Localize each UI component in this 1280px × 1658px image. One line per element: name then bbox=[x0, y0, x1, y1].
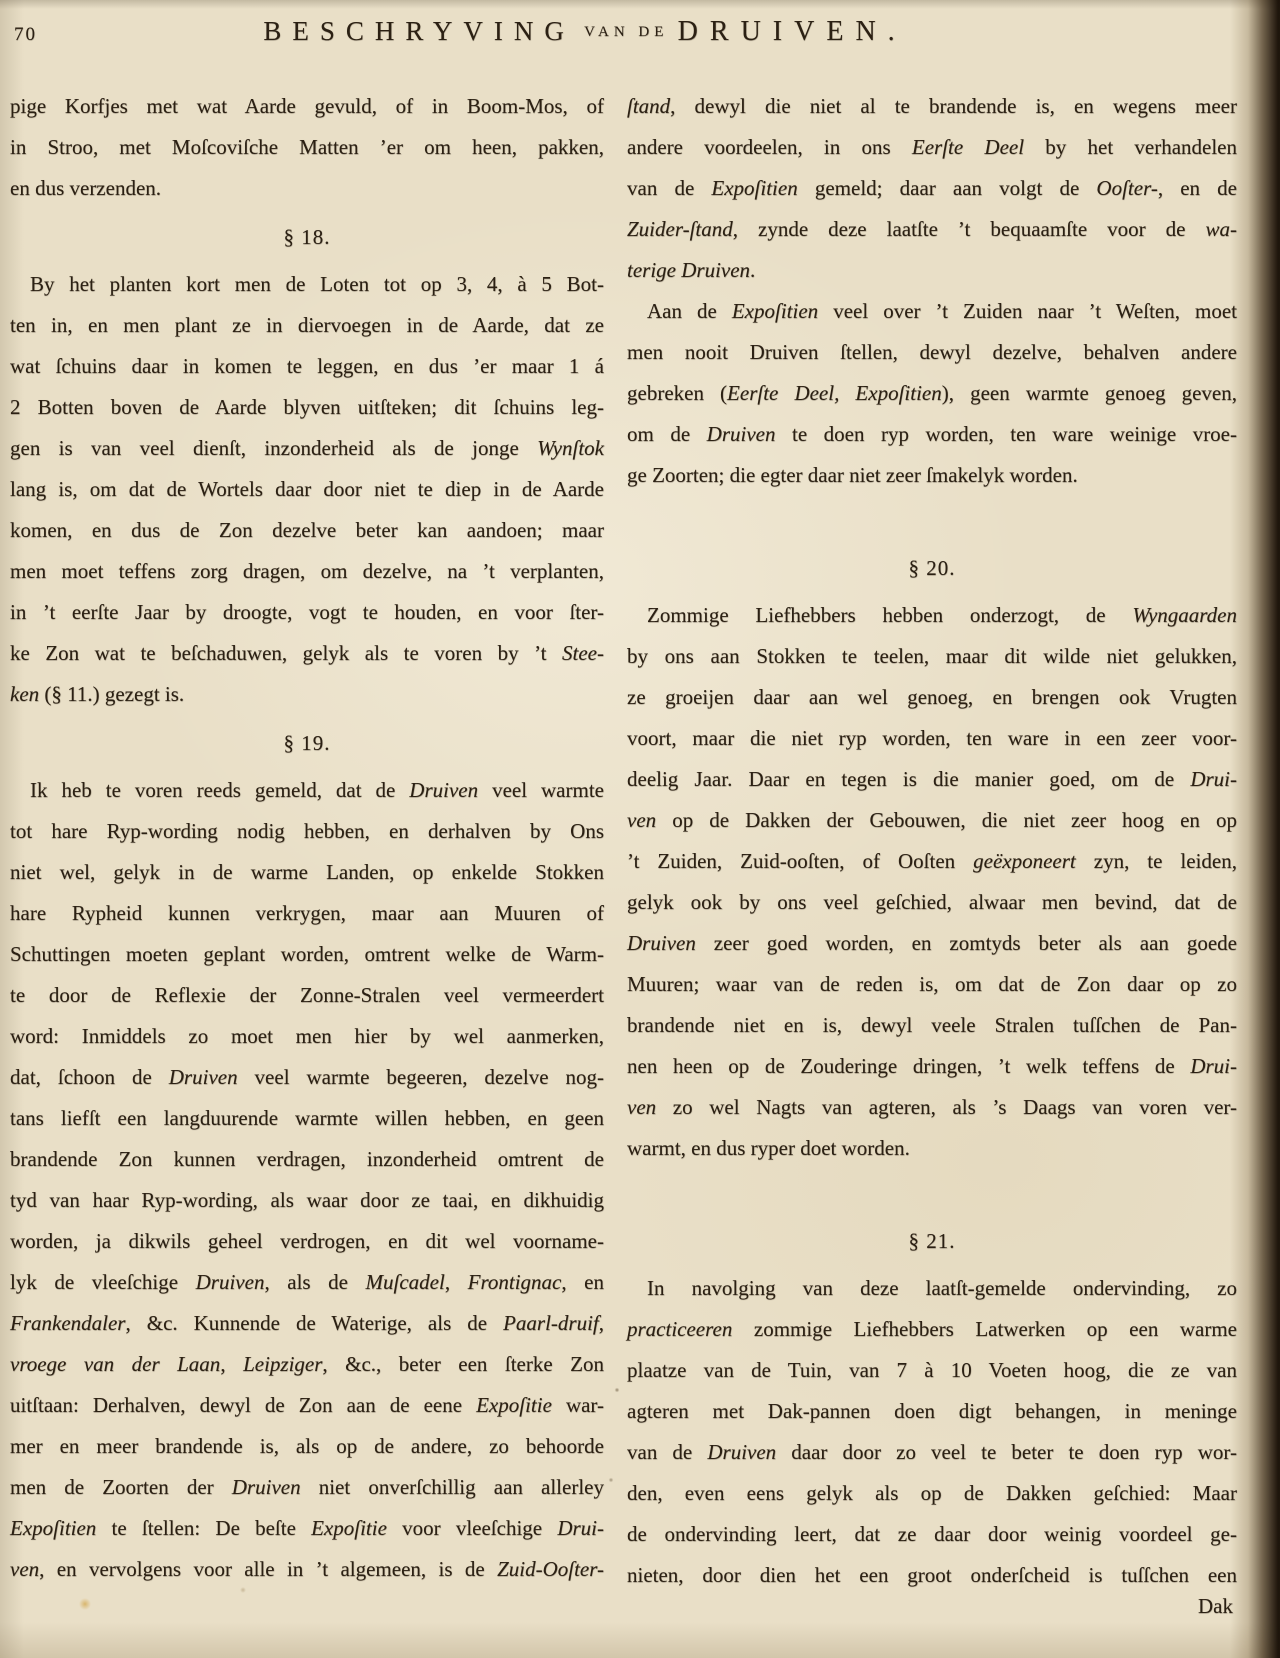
paragraph: Zommige Liefhebbers hebben onderzogt, de… bbox=[627, 595, 1237, 1169]
section-heading: § 20. bbox=[627, 548, 1237, 589]
text-line: uitſtaan: Derhalven, dewyl de Zon aan de… bbox=[10, 1385, 604, 1426]
section-heading: § 19. bbox=[10, 723, 604, 764]
text-line: Ik heb te voren reeds gemeld, dat de Dru… bbox=[10, 770, 604, 811]
text-line: terige Druiven. bbox=[627, 250, 1237, 291]
text-line: tyd van haar Ryp-wording, als waar door … bbox=[10, 1180, 604, 1221]
section-heading: § 18. bbox=[10, 217, 604, 258]
text-line: komen, en dus de Zon dezelve beter kan a… bbox=[10, 510, 604, 551]
text-line: Expoſitien te ſtellen: De beſte Expoſiti… bbox=[10, 1508, 604, 1549]
paragraph: pige Korfjes met wat Aarde gevuld, of in… bbox=[10, 86, 604, 209]
text-line: lyk de vleeſchige Druiven, als de Muſcad… bbox=[10, 1262, 604, 1303]
text-line: ke Zon wat te beſchaduwen, gelyk als te … bbox=[10, 633, 604, 674]
text-line: den, even eens gelyk als op de Dakken ge… bbox=[627, 1473, 1237, 1514]
text-line: ze groeijen daar aan wel genoeg, en bren… bbox=[627, 677, 1237, 718]
text-line: lang is, om dat de Wortels daar door nie… bbox=[10, 469, 604, 510]
page-title: BESCHRYVING VAN DE DRUIVEN. bbox=[0, 16, 1170, 48]
text-line: de ondervinding leert, dat ze daar door … bbox=[627, 1514, 1237, 1555]
text-line: worden, ja dikwils geheel verdrogen, en … bbox=[10, 1221, 604, 1262]
text-line: practiceeren zommige Liefhebbers Latwerk… bbox=[627, 1309, 1237, 1350]
title-word-beschryving: BESCHRYVING bbox=[263, 16, 575, 46]
text-line: voort, maar die niet ryp worden, ten war… bbox=[627, 718, 1237, 759]
text-line: in Stroo, met Moſcoviſche Matten ’er om … bbox=[10, 127, 604, 168]
text-line: Muuren; waar van de reden is, om dat de … bbox=[627, 964, 1237, 1005]
text-line: by ons aan Stokken te teelen, maar dit w… bbox=[627, 636, 1237, 677]
text-line: pige Korfjes met wat Aarde gevuld, of in… bbox=[10, 86, 604, 127]
text-line: niet wel, gelyk in de warme Landen, op e… bbox=[10, 852, 604, 893]
text-line: men moet teffens zorg dragen, om dezelve… bbox=[10, 551, 604, 592]
text-line: andere voordeelen, in ons Eerſte Deel by… bbox=[627, 127, 1237, 168]
text-line: ’t Zuiden, Zuid-ooſten, of Ooſten geëxpo… bbox=[627, 841, 1237, 882]
catchword: Dak bbox=[627, 1594, 1237, 1619]
text-line: om de Druiven te doen ryp worden, ten wa… bbox=[627, 414, 1237, 455]
paragraph: ſtand, dewyl die niet al te brandende is… bbox=[627, 86, 1237, 291]
text-line: agteren met Dak-pannen doen digt behange… bbox=[627, 1391, 1237, 1432]
text-line: vroege van der Laan, Leipziger, &c., bet… bbox=[10, 1344, 604, 1385]
text-line: deelig Jaar. Daar en tegen is die manier… bbox=[627, 759, 1237, 800]
text-line: ven op de Dakken der Gebouwen, die niet … bbox=[627, 800, 1237, 841]
paragraph: In navolging van deze laatſt-gemelde ond… bbox=[627, 1268, 1237, 1596]
text-line: warmt, en dus ryper doet worden. bbox=[627, 1128, 1237, 1169]
text-line: 2 Botten boven de Aarde blyven uitſteken… bbox=[10, 387, 604, 428]
text-line: By het planten kort men de Loten tot op … bbox=[10, 264, 604, 305]
paragraph: By het planten kort men de Loten tot op … bbox=[10, 264, 604, 715]
scanned-book-page: 70 BESCHRYVING VAN DE DRUIVEN. pige Korf… bbox=[0, 0, 1280, 1658]
text-line: Frankendaler, &c. Kunnende de Waterige, … bbox=[10, 1303, 604, 1344]
text-line: ten in, en men plant ze in diervoegen in… bbox=[10, 305, 604, 346]
text-column-right: ſtand, dewyl die niet al te brandende is… bbox=[627, 86, 1237, 1596]
text-line: wat ſchuins daar in komen te leggen, en … bbox=[10, 346, 604, 387]
text-line: nen heen op de Zouderinge dringen, ’t we… bbox=[627, 1046, 1237, 1087]
text-line: tans liefſt een langduurende warmte will… bbox=[10, 1098, 604, 1139]
text-line: mer en meer brandende is, als op de ande… bbox=[10, 1426, 604, 1467]
text-line: ge Zoorten; die egter daar niet zeer ſma… bbox=[627, 455, 1237, 496]
text-line: ven, en vervolgens voor alle in ’t algem… bbox=[10, 1549, 604, 1590]
text-line: Schuttingen moeten geplant worden, omtre… bbox=[10, 934, 604, 975]
section-heading: § 21. bbox=[627, 1221, 1237, 1262]
text-line: nieten, door dien het een groot onderſch… bbox=[627, 1555, 1237, 1596]
title-word-druiven: DRUIVEN. bbox=[678, 16, 907, 47]
text-line: van de Druiven daar door zo veel te bete… bbox=[627, 1432, 1237, 1473]
text-line: gen is van veel dienſt, inzonderheid als… bbox=[10, 428, 604, 469]
paragraph: Ik heb te voren reeds gemeld, dat de Dru… bbox=[10, 770, 604, 1590]
text-line: Zommige Liefhebbers hebben onderzogt, de… bbox=[627, 595, 1237, 636]
text-line: tot hare Ryp-wording nodig hebben, en de… bbox=[10, 811, 604, 852]
text-line: men nooit Druiven ſtellen, dewyl dezelve… bbox=[627, 332, 1237, 373]
text-line: plaatze van de Tuin, van 7 à 10 Voeten h… bbox=[627, 1350, 1237, 1391]
text-line: ven zo wel Nagts van agteren, als ’s Daa… bbox=[627, 1087, 1237, 1128]
text-line: Aan de Expoſitien veel over ’t Zuiden na… bbox=[627, 291, 1237, 332]
text-line: te door de Reflexie der Zonne-Stralen ve… bbox=[10, 975, 604, 1016]
text-line: brandende niet en is, dewyl veele Strale… bbox=[627, 1005, 1237, 1046]
text-line: men de Zoorten der Druiven niet onverſch… bbox=[10, 1467, 604, 1508]
text-line: Druiven zeer goed worden, en zomtyds bet… bbox=[627, 923, 1237, 964]
text-line: en dus verzenden. bbox=[10, 168, 604, 209]
text-column-left: pige Korfjes met wat Aarde gevuld, of in… bbox=[10, 86, 604, 1590]
text-line: ſtand, dewyl die niet al te brandende is… bbox=[627, 86, 1237, 127]
text-line: word: Inmiddels zo moet men hier by wel … bbox=[10, 1016, 604, 1057]
text-line: Zuider-ſtand, zynde deze laatſte ’t bequ… bbox=[627, 209, 1237, 250]
text-line: in ’t eerſte Jaar by droogte, vogt te ho… bbox=[10, 592, 604, 633]
text-line: brandende Zon kunnen verdragen, inzonder… bbox=[10, 1139, 604, 1180]
title-word-van-de: VAN DE bbox=[584, 24, 668, 40]
text-line: In navolging van deze laatſt-gemelde ond… bbox=[627, 1268, 1237, 1309]
text-line: gebreken (Eerſte Deel, Expoſitien), geen… bbox=[627, 373, 1237, 414]
text-line: gelyk ook by ons veel geſchied, alwaar m… bbox=[627, 882, 1237, 923]
paragraph: Aan de Expoſitien veel over ’t Zuiden na… bbox=[627, 291, 1237, 496]
text-line: van de Expoſitien gemeld; daar aan volgt… bbox=[627, 168, 1237, 209]
text-line: hare Rypheid kunnen verkrygen, maar aan … bbox=[10, 893, 604, 934]
text-line: ken (§ 11.) gezegt is. bbox=[10, 674, 604, 715]
text-line: dat, ſchoon de Druiven veel warmte begee… bbox=[10, 1057, 604, 1098]
